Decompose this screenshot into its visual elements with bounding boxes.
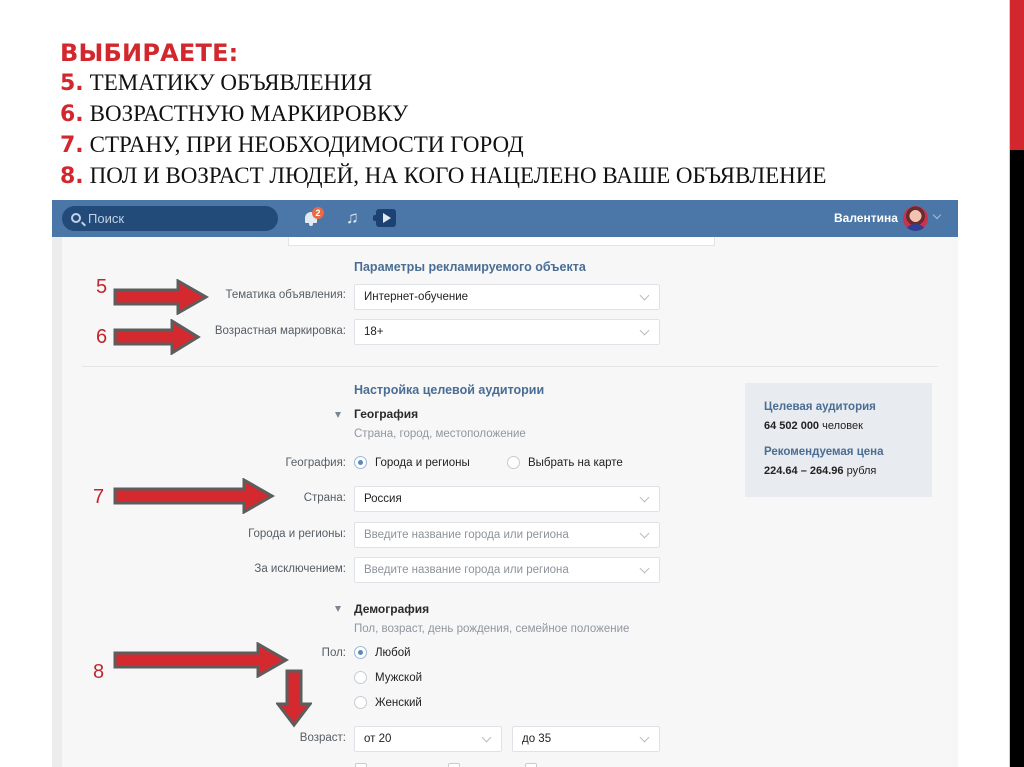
annotation-number-7: 7 (93, 486, 104, 509)
radio-empty-icon (507, 456, 520, 469)
cities-select[interactable]: Введите название города или региона (354, 522, 660, 548)
chevron-down-icon (640, 733, 650, 743)
cities-label: Города и регионы: (248, 528, 346, 540)
chevron-down-icon[interactable] (933, 211, 941, 219)
annotation-number-6: 6 (96, 326, 107, 349)
radio-selected-icon (354, 456, 367, 469)
annotation-arrow-down-icon (276, 668, 312, 728)
previous-field-bottom (288, 237, 715, 246)
radio-gender-male[interactable]: Мужской (354, 671, 422, 687)
annotation-number-8: 8 (93, 661, 104, 684)
collapse-triangle-icon[interactable] (335, 412, 341, 418)
country-label: Страна: (304, 492, 346, 504)
audience-summary-box: Целевая аудитория 64 502 000 человек Рек… (745, 383, 932, 497)
age-rating-label: Возрастная маркировка: (215, 325, 346, 337)
slide-item-6: 6.ВОЗРАСТНУЮ МАРКИРОВКУ (60, 99, 960, 130)
radio-empty-icon (354, 671, 367, 684)
left-gutter (52, 237, 62, 767)
chevron-down-icon (640, 564, 650, 574)
annotation-arrow-right-icon (110, 642, 290, 678)
annotation-arrow-right-icon (110, 319, 202, 355)
except-label: За исключением: (254, 563, 346, 575)
annotation-number-5: 5 (96, 276, 107, 299)
radio-gender-any[interactable]: Любой (354, 646, 411, 662)
chevron-down-icon (640, 291, 650, 301)
chevron-down-icon (640, 326, 650, 336)
geography-mode-label: География: (285, 457, 346, 469)
slide-accent-stripe (1010, 0, 1024, 150)
radio-select-on-map[interactable]: Выбрать на карте (507, 456, 623, 472)
except-cities-select[interactable]: Введите название города или региона (354, 557, 660, 583)
search-icon (71, 213, 81, 223)
country-select[interactable]: Россия (354, 486, 660, 512)
topic-label: Тематика объявления: (225, 289, 346, 301)
checkbox[interactable] (448, 763, 460, 767)
collapse-triangle-icon[interactable] (335, 606, 341, 612)
age-label: Возраст: (300, 732, 346, 744)
chevron-down-icon (482, 733, 492, 743)
slide-item-7: 7.СТРАНУ, ПРИ НЕОБХОДИМОСТИ ГОРОД (60, 130, 960, 161)
radio-cities-regions[interactable]: Города и регионы (354, 456, 470, 472)
checkbox[interactable] (355, 763, 367, 767)
annotation-arrow-right-icon (110, 279, 210, 315)
slide-heading: ВЫБИРАЕТЕ: (60, 38, 960, 68)
demography-hint: Пол, возраст, день рождения, семейное по… (354, 623, 629, 635)
chevron-down-icon (640, 493, 650, 503)
top-navigation-bar: Поиск 2 ♫ Валентина (52, 200, 958, 237)
avatar[interactable] (903, 206, 928, 231)
slide-item-8: 8.ПОЛ И ВОЗРАСТ ЛЮДЕЙ, НА КОГО НАЦЕЛЕНО … (60, 161, 960, 192)
radio-selected-icon (354, 646, 367, 659)
topic-select[interactable]: Интернет-обучение (354, 284, 660, 310)
age-to-select[interactable]: до 35 (512, 726, 660, 752)
section-divider (82, 366, 938, 367)
chevron-down-icon (640, 529, 650, 539)
demography-title[interactable]: Демография (354, 602, 429, 616)
audience-title: Целевая аудитория (764, 401, 876, 413)
slide-title: ВЫБИРАЕТЕ: 5.ТЕМАТИКУ ОБЪЯВЛЕНИЯ 6.ВОЗРА… (60, 38, 960, 192)
audience-count: 64 502 000 человек (764, 420, 863, 432)
geography-hint: Страна, город, местоположение (354, 428, 526, 440)
age-rating-select[interactable]: 18+ (354, 319, 660, 345)
notification-badge: 2 (312, 207, 324, 219)
music-icon[interactable]: ♫ (346, 208, 359, 228)
geography-title[interactable]: География (354, 407, 418, 421)
user-name[interactable]: Валентина (834, 200, 898, 237)
checkbox[interactable] (525, 763, 537, 767)
radio-empty-icon (354, 696, 367, 709)
annotation-arrow-right-icon (110, 478, 276, 514)
price-range: 224.64 – 264.96 рубля (764, 465, 876, 477)
search-input[interactable]: Поиск (62, 206, 278, 231)
radio-gender-female[interactable]: Женский (354, 696, 422, 712)
section-title-audience: Настройка целевой аудитории (354, 383, 544, 397)
age-from-select[interactable]: от 20 (354, 726, 502, 752)
section-title-object-params: Параметры рекламируемого объекта (354, 260, 586, 274)
video-play-icon[interactable] (376, 209, 396, 227)
gender-label: Пол: (322, 647, 346, 659)
slide-item-5: 5.ТЕМАТИКУ ОБЪЯВЛЕНИЯ (60, 68, 960, 99)
slide-dark-stripe (1010, 150, 1024, 767)
price-title: Рекомендуемая цена (764, 446, 884, 458)
